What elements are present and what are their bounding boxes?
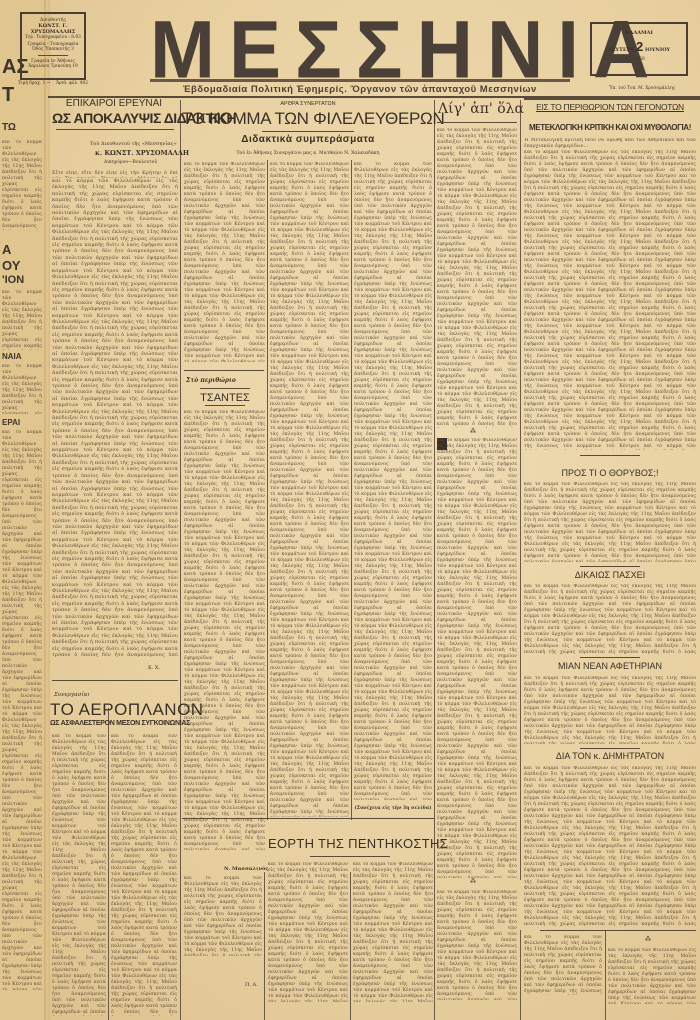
column-divider [351, 160, 352, 820]
headline-rule [262, 131, 354, 132]
headline-rule [310, 856, 390, 857]
column-divider [108, 708, 109, 1020]
prev-strip-fragment: ΝΑΙΑ [2, 352, 22, 361]
day: 2 [636, 39, 643, 54]
price: Τιμή δραχ. 1.— [18, 81, 51, 86]
prev-strip-text: καὶ τὸ κόμμα τῶν Φιλελευθέρων εἰς τὰς ἐκ… [2, 140, 42, 230]
newspaper-title: ΜΕΣΣΗΝΙΑ [150, 14, 565, 83]
article-body: καὶ τὸ κόμμα τῶν Φιλελευθέρων εἰς τὰς ἐκ… [111, 734, 177, 1016]
article-headline: ΔΙΚΑΙΩΣ ΠΑΣΧΕΙ [522, 570, 698, 580]
article-body: καὶ τὸ κόμμα τῶν Φιλελευθέρων εἰς τὰς ἐκ… [437, 438, 517, 878]
article-body: καὶ τὸ κόμμα τῶν Φιλελευθέρων εἰς τὰς ἐκ… [524, 676, 696, 744]
headline-rule [56, 129, 174, 130]
prev-strip-fragment: ΤΩ [2, 122, 16, 133]
article-byline: Τοῦ ἐν Ἀθήναις Συνεργάτου μας κ. Ματθαίο… [182, 151, 434, 156]
prev-strip-fragment: ΕΡΑΙ [2, 418, 20, 427]
article-byline-name: κ. ΚΩΝΣΤ. ΧΡΥΣΟΜΑΛΛΗ [95, 149, 189, 157]
article-body: καὶ τὸ κόμμα τῶν Φιλελευθέρων εἰς τὰς ἐκ… [524, 150, 696, 450]
article-kicker: ΑΡΘΡΑ ΣΥΝΕΡΓΑΤΩΝ [182, 101, 434, 107]
article-separator [540, 930, 696, 931]
article-body: καὶ τὸ κόμμα τῶν Φιλελευθέρων εἰς τὰς ἐκ… [270, 162, 349, 817]
article-body: καὶ τὸ κόμμα τῶν Φιλελευθέρων εἰς τὰς ἐκ… [524, 935, 602, 995]
article-body: καὶ τὸ κόμμα τῶν Φιλελευθέρων εἰς τὰς ἐκ… [268, 862, 348, 1002]
article-separator [580, 748, 640, 749]
article-body: καὶ τὸ κόμμα τῶν Φιλελευθέρων εἰς τὰς ἐκ… [437, 890, 517, 1000]
prev-strip-text: καὶ τὸ κόμμα τῶν Φιλελευθέρων εἰς τὰς ἐκ… [2, 430, 42, 990]
article-kicker: ΕΠΙΚΑΙΡΟΙ ΕΡΕΥΝΑΙ [50, 98, 178, 109]
article-body: καὶ τὸ κόμμα τῶν Φιλελευθέρων εἰς τὰς ἐκ… [437, 128, 517, 428]
article-separator [52, 680, 178, 681]
prev-strip-text: καὶ τὸ κόμμα τῶν Φιλελευθέρων εἰς τὰς ἐκ… [2, 290, 42, 350]
article-kicker: Στὸ περιθώριο [186, 377, 236, 384]
article-separator [580, 455, 640, 456]
separator-stars: ⁂ [470, 878, 476, 885]
article-headline: ΕΟΡΤΗ ΤΗΣ ΠΕΝΤΗΚΟΣΤΗΣ [268, 836, 434, 851]
article-body: καὶ τὸ κόμμα τῶν Φιλελευθέρων εἰς τὰς ἐκ… [52, 734, 106, 1016]
article-headline: ΤΣΑΝΤΕΣ [184, 392, 266, 404]
prev-strip-fragment: 'ΙΟΝ [2, 274, 24, 286]
article-signature: Π. Α. [245, 982, 258, 988]
article-body: καὶ τὸ κόμμα τῶν Φιλελευθέρων εἰς τὰς ἐκ… [52, 178, 178, 658]
article-body: καὶ τὸ κόμμα τῶν Φιλελευθέρων εἰς τὰς ἐκ… [524, 584, 696, 654]
article-headline: ΩΣ ΑΠΟΚΑΛΥΨΙΣ ΔΙΔΑΚΤΙΚΗ [52, 110, 178, 126]
column-divider [350, 872, 351, 1020]
article-byline-title: Δικηγόρου—Βουλευτοῦ [104, 160, 157, 165]
street-line: Ὁδός Ὑπαπαντῆς 3 [22, 47, 84, 52]
year: 1958 [592, 57, 686, 62]
headline-rule [524, 98, 700, 100]
date-box: ΚΑΛΑΜΑΙ ΔΕΥΤΕΡΑ 2 ΙΟΥΝΙΟΥ 1958 [590, 22, 688, 76]
article-lead: Ἡ Μετεκλογικὴ κριτικὴ δέον νὰ ὑψωθῇ ἀπὸ … [524, 138, 696, 150]
column-divider [180, 100, 181, 1020]
article-subheadline: ΩΣ ΑΣΦΑΛΕΣΤΕΡΟΝ ΜΕΣΟΝ ΣΥΓΚΟΙΝΩΝΙΑΣ [50, 720, 180, 727]
article-headline: ΜΙΑΝ ΝΕΑΝ ΑΦΕΤΗΡΙΑΝ [522, 661, 698, 671]
article-body: καὶ τὸ κόμμα τῶν Φιλελευθέρων εἰς τὰς ἐκ… [184, 410, 265, 850]
article-signature: Ν. Μασσαλινός [224, 866, 268, 872]
article-kicker: Συνεργασίαι [54, 692, 90, 698]
article-separator [580, 657, 640, 658]
headline-rule [205, 405, 245, 406]
article-lead: Εἴτε εἶπε, εἴτε δὲν εἶπε εἰς τὴν Κρήτην … [52, 170, 178, 178]
prev-strip-fragment: Τ [2, 84, 14, 107]
page-fold [44, 0, 50, 1020]
prev-strip-text: καὶ τὸ κόμμα τῶν Φιλελευθέρων εἰς τὰς ἐκ… [2, 364, 42, 414]
previous-page-strip: ΑΣ Τ ΤΩ Α ΟΥ 'ΙΟΝ ΝΑΙΑ ΕΡΑΙ καὶ τὸ κόμμα… [0, 0, 44, 1020]
continued-note: (Συνέχεια εἰς τὴν 3η σελίδα) [354, 806, 432, 811]
article-body: καὶ τὸ κόμμα τῶν Φιλελευθέρων εἰς τὰς ἐκ… [524, 482, 696, 562]
prev-strip-fragment: Α [2, 242, 11, 257]
article-body: καὶ τὸ κόμμα τῶν Φιλελευθέρων εἰς τὰς ἐκ… [354, 162, 432, 800]
headline-rule [437, 122, 517, 123]
column-divider [605, 930, 606, 1020]
article-subheadline: Διδακτικὰ συμπεράσματα [182, 134, 434, 145]
article-headline: ΤΟ ΑΕΡΟΠΛΑΝΟΝ [50, 700, 180, 720]
newspaper-page: ΑΣ Τ ΤΩ Α ΟΥ 'ΙΟΝ ΝΑΙΑ ΕΡΑΙ καὶ τὸ κόμμα… [0, 0, 700, 1020]
article-body: καὶ τὸ κόμμα τῶν Φιλελευθέρων εἰς τὰς ἐκ… [353, 862, 433, 1002]
athens-street-line: Χαριλάου Τρικούπη 19 [22, 64, 84, 69]
article-byline: Τοῦ Διευθυντοῦ τῆς «Μεσσηνίας» [90, 141, 177, 147]
director-info-box: Διευθυντής ΚΩΝΣΤ. Γ. ΧΡΥΣΟΜΑΛΛΗΣ Τηλ. Τυ… [20, 12, 86, 80]
separator-stars: ⁂ [645, 936, 651, 943]
column-divider [520, 930, 521, 1020]
prev-strip-fragment: ΟΥ [2, 258, 20, 273]
article-body: καὶ τὸ κόμμα τῶν Φιλελευθέρων εἰς τὰς ἐκ… [608, 948, 696, 1004]
newspaper-subtitle: Ἑβδομαδιαία Πολιτική Ἐφημερίς. Ὄργανον τ… [150, 84, 570, 95]
article-separator [184, 370, 264, 371]
article-headline: ΤΟ ΚΟΜΜΑ ΤΩΝ ΦΙΛΕΛΕΥΘΕΡΩΝ [182, 109, 434, 129]
weekday: ΔΕΥΤΕΡΑ [608, 47, 634, 53]
column-divider [520, 100, 521, 880]
price-issue-line: Τιμή δραχ. 1.— Ἀριθ. φύλ. 402 [18, 81, 88, 86]
article-kicker: ΕΙΣ ΤΟ ΠΕΡΙΘΩΡΙΟΝ ΤΩΝ ΓΕΓΟΝΟΤΩΝ [522, 102, 698, 112]
kicker-rule [200, 388, 250, 389]
column-divider [264, 872, 265, 1020]
article-signature: Κ. Χ. [148, 665, 160, 671]
masthead-rule [150, 79, 570, 82]
article-headline: ΠΡΟΣ ΤΙ Ο ΘΟΡΥΒΟΣ;! [522, 468, 698, 478]
city: ΚΑΛΑΜΑΙ [592, 30, 686, 36]
article-body: καὶ τὸ κόμμα τῶν Φιλελευθέρων εἰς τὰς ἐκ… [184, 876, 262, 956]
column-divider [434, 100, 435, 1020]
article-body: καὶ τὸ κόμμα τῶν Φιλελευθέρων εἰς τὰς ἐκ… [184, 162, 265, 362]
editor-line: Ὑπ. τοῦ Τυπ. Μ. Χρυσομάλλης [592, 86, 692, 91]
article-headline: Λίγ' ἀπ' ὅλα [438, 101, 524, 117]
article-separator [580, 566, 640, 567]
column-divider [267, 160, 268, 820]
article-headline: ΜΕΤΕΚΛΟΓΙΚΗ ΚΡΙΤΙΚΗ ΚΑΙ ΟΧΙ ΜΥΘΟΛΟΓΙΑ! [522, 123, 698, 132]
article-headline: ΔΙΑ ΤΟΝ κ. ΔΗΜΗΤΡΑΤΟΝ [522, 751, 698, 761]
separator-stars: ⁂ [470, 428, 476, 435]
article-body: καὶ τὸ κόμμα τῶν Φιλελευθέρων εἰς τὰς ἐκ… [524, 766, 696, 926]
month: ΙΟΥΝΙΟΥ [645, 47, 670, 53]
director-name: ΚΩΝΣΤ. Γ. ΧΡΥΣΟΜΑΛΛΗΣ [22, 23, 84, 35]
phone-line: Τηλ. Τυπογραφείου : 8.93 [22, 35, 84, 40]
issue-number: Ἀριθ. φύλ. 402 [56, 81, 88, 86]
